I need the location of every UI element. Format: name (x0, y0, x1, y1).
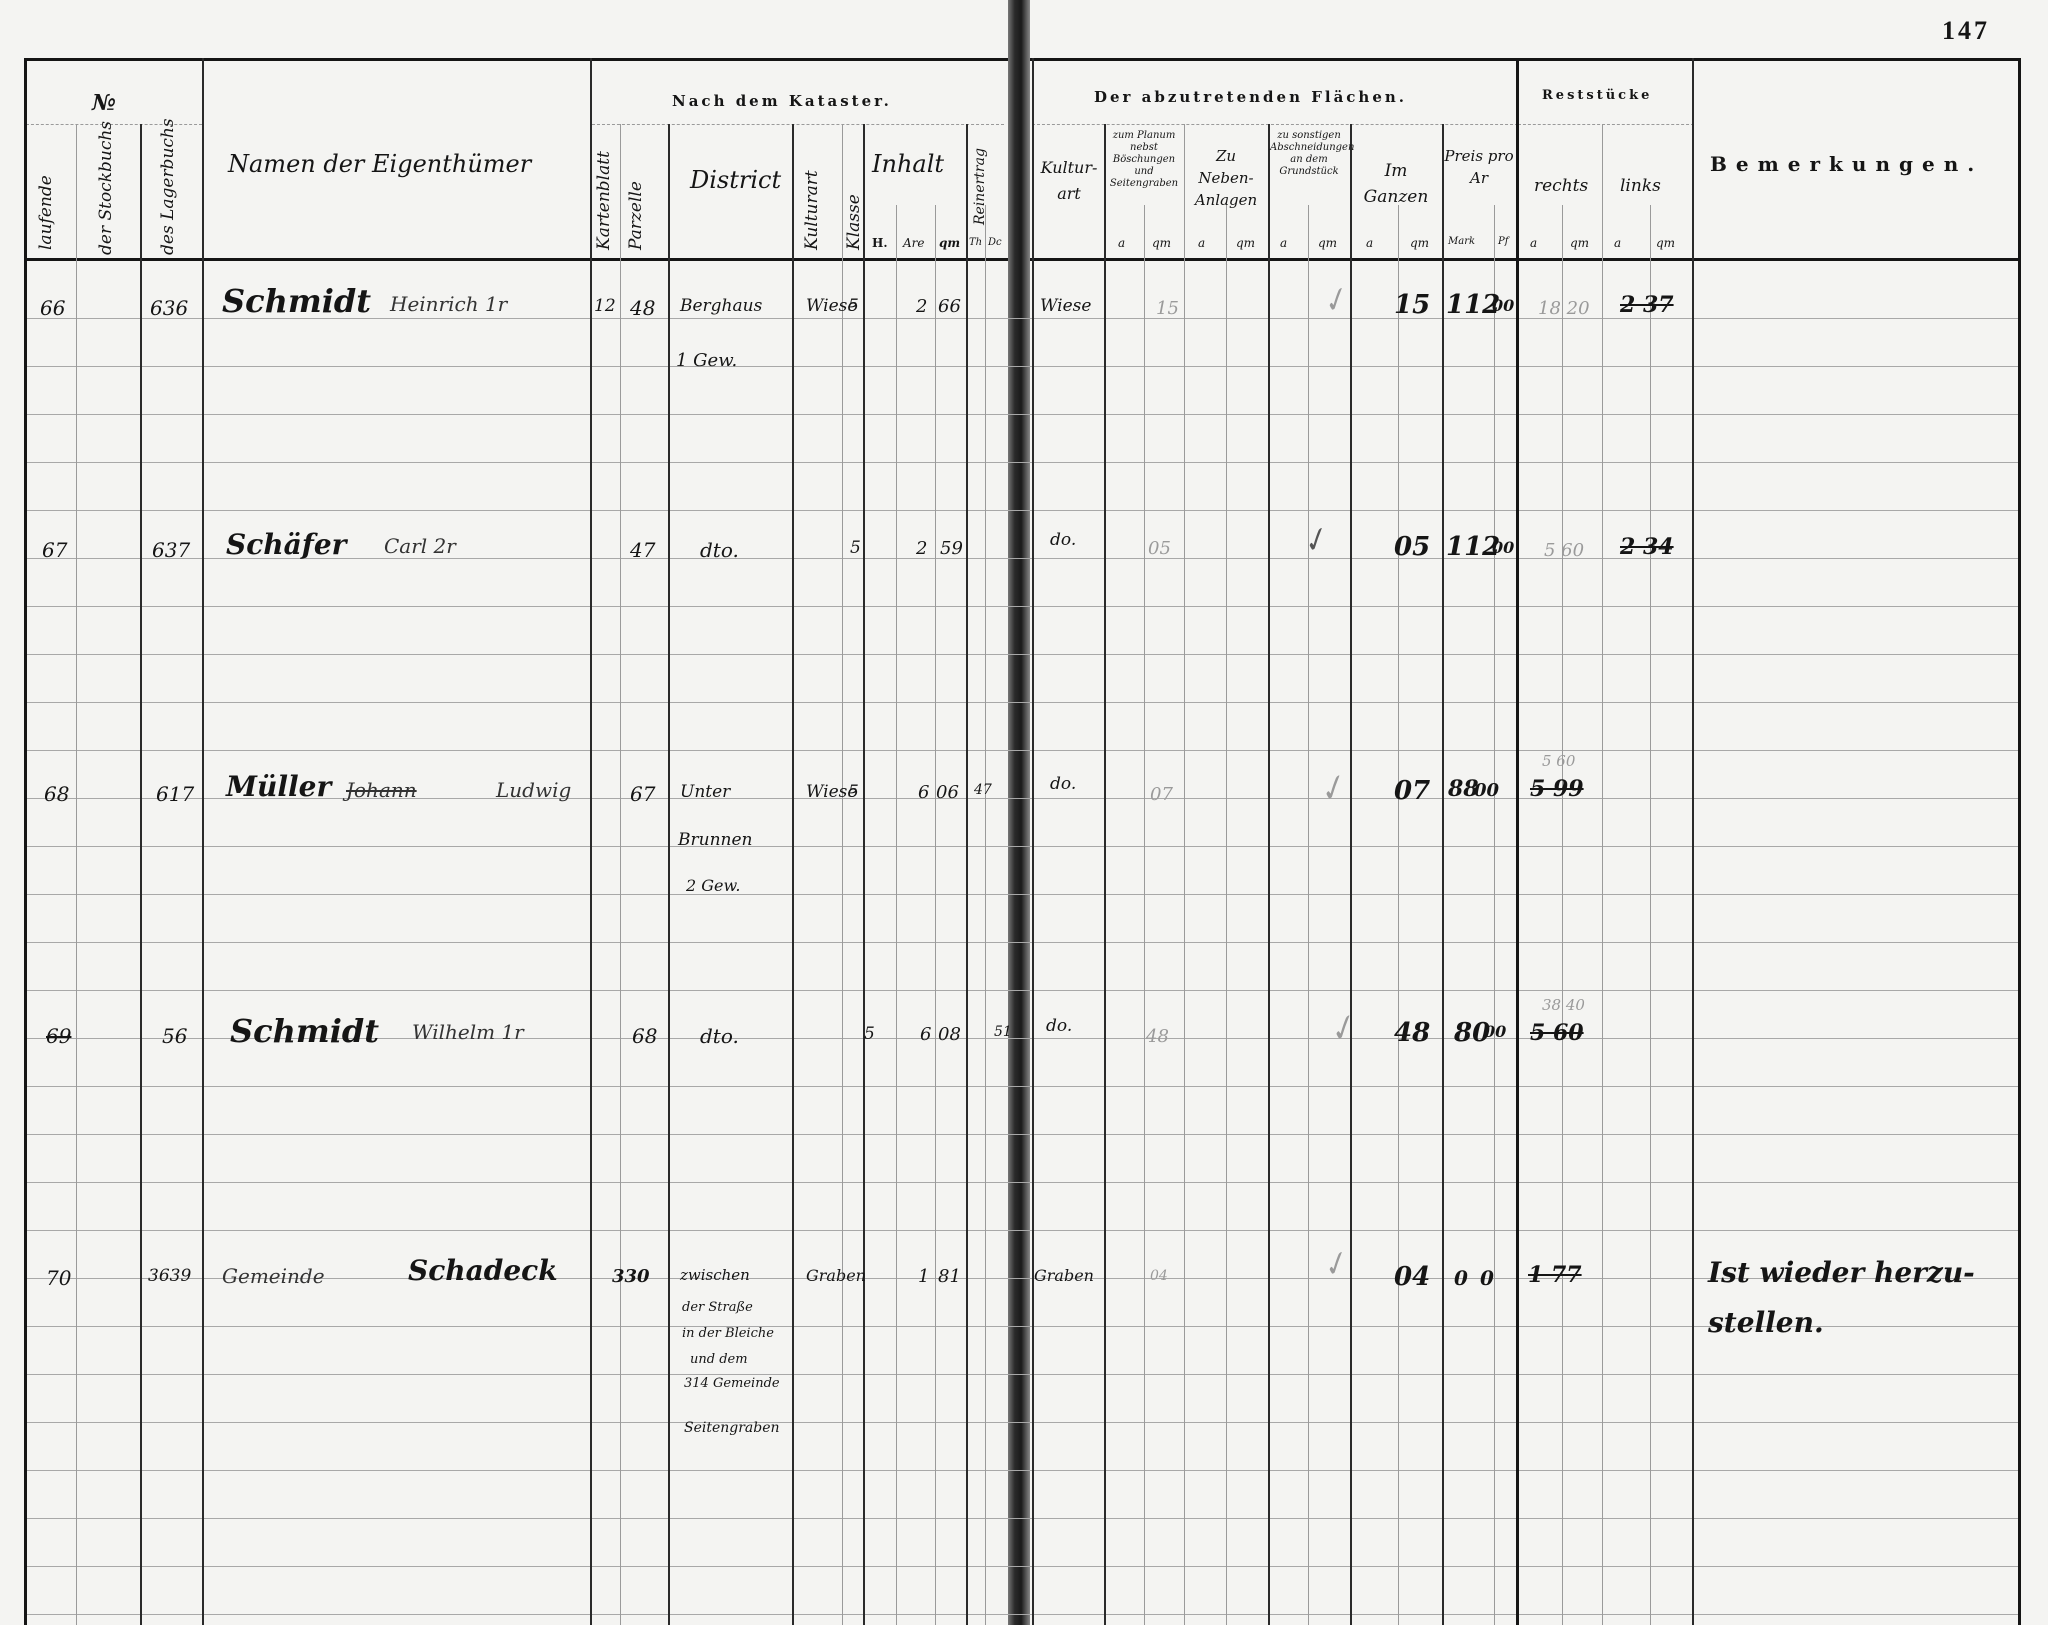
cell-inhalt-are: 6 (920, 1024, 931, 1045)
cell-inhalt-are: 2 (916, 296, 927, 317)
cell-kartenblatt: 12 (594, 296, 616, 316)
header-rest-rechts: rechts (1534, 176, 1588, 196)
cell-district-2: Brunnen (678, 830, 752, 850)
cell-surname: Schadeck (408, 1254, 558, 1287)
header-bottom-right (1030, 258, 2020, 261)
cell-inhalt-qm: 59 (940, 538, 963, 559)
cell-lagerbuch: 56 (162, 1024, 187, 1048)
header-bemerkungen: Bemerkungen. (1710, 152, 1983, 176)
cell-rest-rechts: 18 20 (1538, 298, 1590, 319)
cell-preis-pf: 00 (1492, 538, 1514, 557)
header-fl-kulturart: Kultur-art (1036, 155, 1102, 207)
cell-preis: 0 (1454, 1266, 1468, 1290)
cell-preis-pf: 00 (1492, 296, 1514, 315)
header-col-district: District (690, 166, 781, 194)
header-col-laufende: laufende (36, 150, 56, 250)
header-bottom-left (24, 258, 1008, 261)
cell-lagerbuch: 637 (152, 538, 190, 562)
cell-laufende: 70 (46, 1266, 71, 1290)
cell-surname: Schmidt (230, 1012, 379, 1050)
cell-rest-note: 38 40 (1542, 996, 1585, 1014)
cell-laufende: 67 (42, 538, 67, 562)
header-reinertrag-dc: Dc (988, 237, 1002, 248)
cell-bemerkung-2: stellen. (1708, 1306, 1824, 1339)
cell-fl-kulturart: Wiese (1040, 296, 1091, 316)
cell-rest-rechts: 5 99 (1530, 776, 1584, 802)
header-fl-abschneidungen: zu sonstigen Abschneidungen an dem Grund… (1270, 130, 1348, 178)
cell-district-6: Seitengraben (684, 1420, 780, 1436)
cell-district-5: 314 Gemeinde (684, 1376, 780, 1391)
kataster-group-divider (592, 124, 1004, 125)
cell-kulturart: Graben (806, 1266, 866, 1285)
cell-klasse: 5 (848, 782, 859, 802)
cell-total-qm: 48 (1394, 1018, 1430, 1048)
cell-reinertrag: 51 (994, 1024, 1012, 1040)
cell-parzelle: 47 (630, 538, 655, 562)
cell-klasse: 5 (850, 538, 861, 558)
cell-rest-note: 5 60 (1542, 752, 1575, 770)
cell-surname: Schmidt (222, 282, 371, 320)
page-number: 147 (1942, 16, 1990, 46)
cell-preis-pf: 00 (1484, 1022, 1506, 1041)
header-col-inhalt: Inhalt (872, 150, 944, 178)
cell-surname: Müller (226, 770, 331, 803)
header-fl-preis: Preis pro Ar (1444, 145, 1514, 189)
cell-given: Carl 2r (384, 534, 456, 558)
cell-lagerbuch: 3639 (148, 1266, 191, 1286)
cell-inhalt-qm: 66 (938, 296, 961, 317)
cell-fl-planum: 05 (1148, 538, 1171, 559)
top-border-right (1030, 58, 2020, 61)
header-reststuecke-group: Reststücke (1542, 88, 1652, 103)
cell-lagerbuch: 636 (150, 296, 188, 320)
cell-fl-kulturart: Graben (1034, 1266, 1094, 1285)
cell-rest-rechts: 5 60 (1530, 1020, 1584, 1046)
cell-parzelle: 48 (630, 296, 655, 320)
top-border-left (24, 58, 1008, 61)
cell-district: zwischen (680, 1266, 750, 1284)
cell-given: Wilhelm 1r (412, 1020, 524, 1044)
cell-rest-rechts: 1 77 (1528, 1262, 1582, 1288)
cell-district: dto. (700, 1024, 739, 1048)
cell-given-struck: Johann (346, 778, 417, 802)
header-rest-links: links (1620, 176, 1661, 196)
header-fl-nebenanlagen: Zu Neben-Anlagen (1186, 145, 1266, 211)
cell-inhalt-are: 2 (916, 538, 927, 559)
cell-inhalt-qm: 06 (936, 782, 959, 803)
cell-district-3: in der Bleiche (682, 1326, 774, 1341)
header-reinertrag-th: Th (969, 237, 982, 248)
cell-rest-links: 2 37 (1620, 292, 1674, 318)
cell-surname: Schäfer (226, 528, 346, 561)
cell-given-prefix: Gemeinde (222, 1264, 325, 1288)
cell-fl-kulturart: do. (1050, 774, 1076, 794)
cell-district: Berghaus (680, 296, 762, 316)
cell-bemerkung-1: Ist wieder herzu- (1708, 1256, 1975, 1289)
header-no-group: № (92, 90, 116, 116)
cell-total-qm: 15 (1394, 290, 1430, 320)
cell-fl-planum: 48 (1146, 1026, 1169, 1047)
header-inhalt-qm: qm (939, 236, 960, 250)
cell-given: Ludwig (496, 778, 571, 802)
cell-fl-planum: 15 (1156, 298, 1179, 319)
header-kataster-group: Nach dem Kataster. (672, 92, 892, 110)
cell-fl-planum: 07 (1150, 784, 1173, 805)
header-col-kulturart: Kulturart (802, 130, 822, 250)
header-col-kartenblatt: Kartenblatt (594, 130, 614, 250)
cell-total-qm: 07 (1394, 776, 1430, 806)
book-gutter (1008, 0, 1030, 1625)
cell-district-2: der Straße (682, 1300, 753, 1315)
cell-preis-pf: 0 (1480, 1266, 1494, 1290)
cell-total-qm: 04 (1394, 1262, 1430, 1292)
cell-parzelle: 330 (612, 1266, 650, 1287)
header-col-stockbuch: der Stockbuchs (96, 135, 116, 255)
cell-laufende: 69 (46, 1024, 71, 1048)
header-col-reinertrag: Reinertrag (972, 125, 988, 225)
cell-laufende: 68 (44, 782, 69, 806)
cell-klasse: 5 (864, 1024, 875, 1044)
header-owner-name: Namen der Eigenthümer (228, 150, 531, 178)
cell-rest-links: 2 34 (1620, 534, 1674, 560)
cell-rest-rechts: 5 60 (1544, 540, 1584, 561)
cell-total-qm: 05 (1394, 532, 1430, 562)
cell-district-4: und dem (690, 1352, 748, 1367)
cell-reinertrag: 47 (974, 782, 992, 798)
cell-klasse: 5 (848, 296, 859, 316)
header-inhalt-are: Are (903, 236, 925, 250)
header-inhalt-h: H. (872, 236, 888, 250)
cell-fl-kulturart: do. (1050, 530, 1076, 550)
reststuecke-group-divider (1518, 124, 1694, 125)
cell-lagerbuch: 617 (156, 782, 194, 806)
header-flaechen-group: Der abzutretenden Flächen. (1094, 88, 1407, 106)
cell-district-3: 2 Gew. (686, 876, 740, 895)
cell-preis-pf: 00 (1474, 780, 1499, 801)
header-fl-planum: zum Planum nebst Böschungen und Seitengr… (1106, 130, 1182, 190)
cell-parzelle: 67 (630, 782, 655, 806)
cell-inhalt-are: 6 (918, 782, 929, 803)
cell-district: Unter (680, 782, 730, 802)
cell-fl-kulturart: do. (1046, 1016, 1072, 1036)
cell-inhalt-qm: 08 (938, 1024, 961, 1045)
header-col-klasse: Klasse (844, 170, 864, 250)
cell-district: dto. (700, 538, 739, 562)
cell-district-2: 1 Gew. (676, 350, 737, 371)
header-col-parzelle: Parzelle (626, 130, 646, 250)
cell-fl-planum: 04 (1150, 1268, 1168, 1284)
header-col-lagerbuch: des Lagerbuchs (158, 135, 178, 255)
cell-inhalt-qm: 81 (938, 1266, 961, 1287)
cell-laufende: 66 (40, 296, 65, 320)
cell-inhalt-are: 1 (918, 1266, 929, 1287)
cell-given: Heinrich 1r (390, 292, 507, 316)
header-fl-im-ganzen: Im Ganzen (1352, 158, 1440, 210)
cell-parzelle: 68 (632, 1024, 657, 1048)
